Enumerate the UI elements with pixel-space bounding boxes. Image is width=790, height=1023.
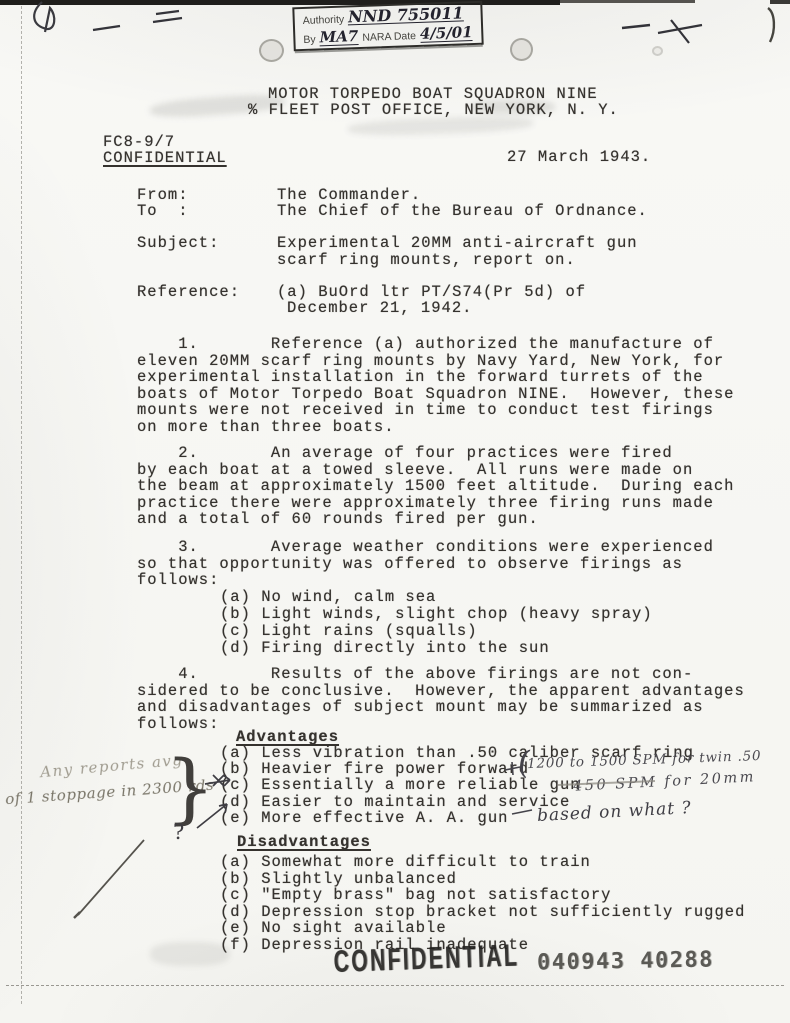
fold-line-left [21, 6, 22, 1004]
letterhead-line2: % FLEET POST OFFICE, NEW YORK, N. Y. [248, 102, 619, 119]
classification-header: CONFIDENTIAL [103, 150, 227, 167]
margin-question-mark: ? [173, 820, 184, 844]
nara-date-label: NARA Date [362, 27, 416, 48]
top-left-double-dash [153, 11, 182, 22]
reference-value-line2: December 21, 1942. [287, 300, 472, 317]
to-label: To : [137, 203, 189, 220]
paragraph-3: 3. Average weather conditions were exper… [137, 539, 714, 589]
margin-brace: } [165, 750, 216, 826]
page-bottom-rule [6, 985, 784, 986]
margin-note-line1: Any reports avg [39, 751, 184, 781]
subject-value: Experimental 20MM anti-aircraft gun scar… [277, 235, 638, 268]
paragraph-2: 2. An average of four practices were fir… [137, 445, 735, 528]
serial-number-stamp: 040943 40288 [537, 947, 714, 975]
to-value: The Chief of the Bureau of Ordnance. [277, 203, 648, 220]
paragraph-4: 4. Results of the above firings are not … [137, 666, 745, 732]
punch-dot-small [652, 46, 663, 56]
scanned-document-page: Authority NND 755011 By MA7 NARA Date 4/… [0, 0, 790, 1023]
by-label: By [303, 31, 316, 50]
declassification-stamp: Authority NND 755011 By MA7 NARA Date 4/… [292, 1, 483, 52]
punch-hole-left [259, 39, 284, 62]
scan-edge-band-light [560, 0, 695, 3]
subject-label: Subject: [137, 235, 219, 252]
top-right-cross-mark [658, 20, 702, 43]
by-value-handwritten: MA7 [319, 29, 358, 46]
scan-edge-corner [770, 0, 790, 4]
diagonal-stroke-tail [74, 912, 80, 918]
top-right-dash [622, 25, 650, 28]
top-right-corner-mark [768, 8, 774, 42]
confidential-footer-stamp: CONFIDENTIAL [333, 938, 520, 980]
footer-smudge [150, 942, 230, 966]
punch-hole-right [510, 38, 533, 61]
nara-date-value-handwritten: 4/5/01 [420, 25, 473, 43]
top-left-dash [93, 26, 120, 30]
reference-label: Reference: [137, 284, 240, 301]
paragraph-3-list: (a) No wind, calm sea (b) Light winds, s… [220, 589, 653, 657]
diagonal-pencil-stroke [78, 840, 144, 915]
paragraph-1: 1. Reference (a) authorized the manufact… [137, 336, 735, 435]
disadvantages-heading: Disadvantages [237, 834, 371, 851]
authority-value-handwritten: NND 755011 [348, 5, 464, 25]
top-left-squiggle [34, 2, 54, 32]
document-date: 27 March 1943. [507, 149, 651, 166]
